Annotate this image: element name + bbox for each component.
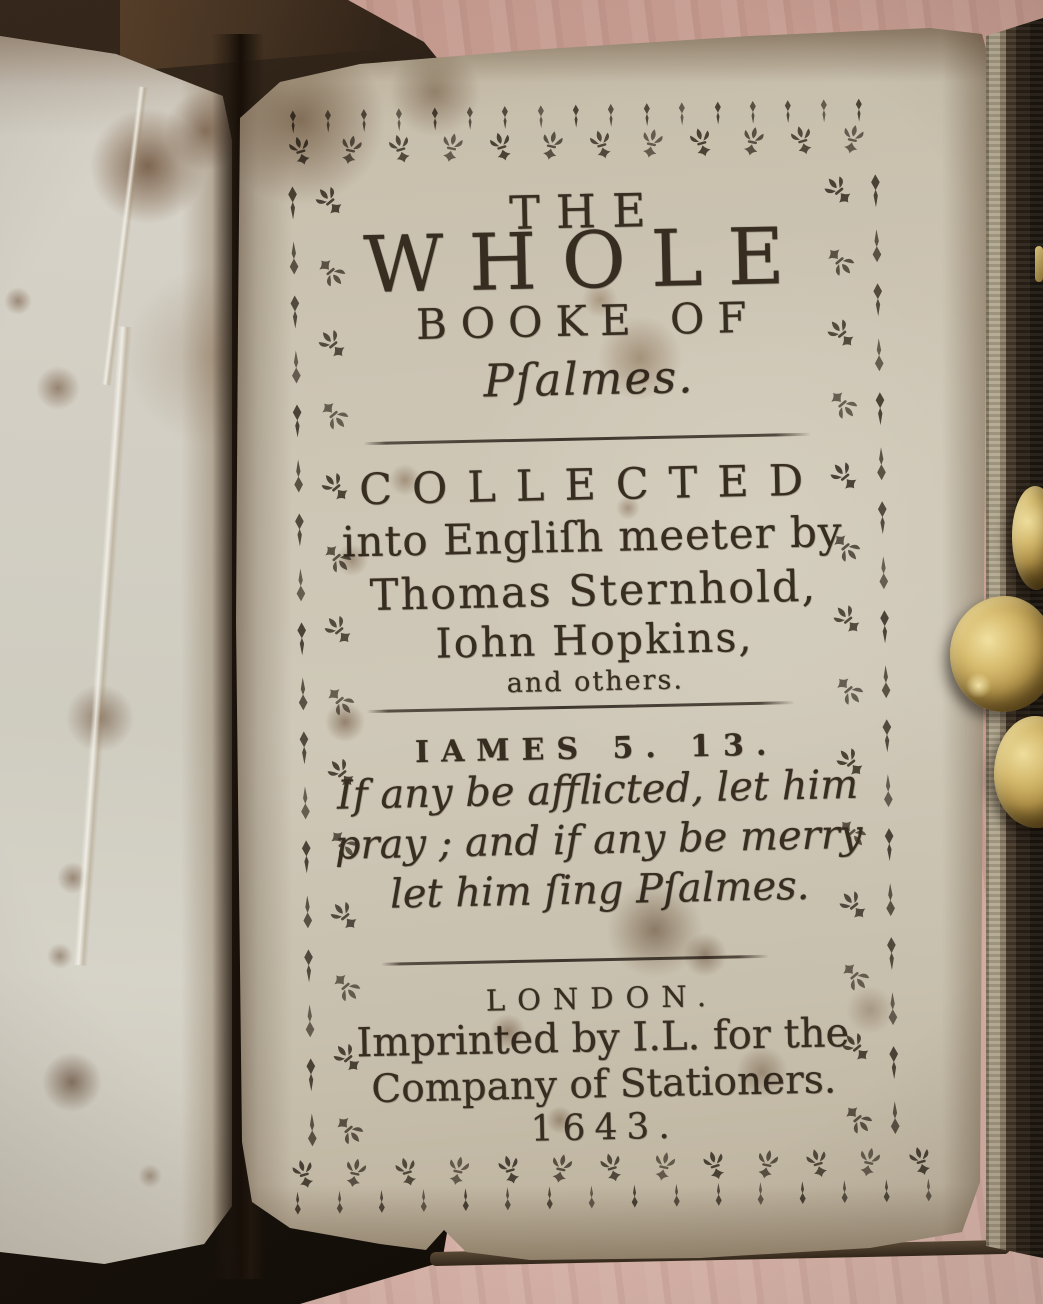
printers-rule-middle	[367, 701, 795, 713]
diamond-spike-icon	[887, 1046, 901, 1079]
imprint-line-printer: Imprinted by I.L. for the	[332, 1013, 873, 1064]
diamond-spike-icon	[642, 103, 651, 126]
ornament-column-spikes	[869, 174, 902, 1134]
diamond-spike-icon	[465, 107, 474, 130]
diamond-spike-icon	[629, 1184, 638, 1207]
diamond-spike-icon	[587, 1185, 596, 1208]
diamond-spike-icon	[303, 1004, 317, 1037]
fleur-de-lis-icon	[700, 1148, 730, 1182]
diamond-spike-icon	[430, 107, 439, 130]
diamond-spike-icon	[798, 1181, 807, 1204]
diamond-spike-icon	[756, 1182, 765, 1205]
diamond-spike-icon	[869, 174, 883, 207]
diamond-spike-icon	[296, 677, 310, 710]
diamond-spike-icon	[300, 840, 314, 873]
collected-line-hopkins: Iohn Hopkins,	[324, 615, 865, 667]
title-word-whole: WHOLE	[316, 217, 858, 306]
epigraph-line-1: If any be afflicted, let him	[327, 765, 868, 816]
fleur-de-lis-icon	[392, 1155, 422, 1189]
diamond-spike-icon	[885, 937, 899, 970]
ornament-column-spikes	[286, 186, 319, 1146]
fleur-de-lis-icon	[537, 129, 565, 162]
diamond-spike-icon	[677, 102, 686, 125]
epigraph-line-3: let him ſing Pſalmes.	[329, 865, 870, 916]
collected-heading: COLLECTED	[321, 459, 862, 513]
diamond-spike-icon	[286, 186, 300, 219]
diamond-spike-icon	[298, 786, 312, 819]
fleur-de-lis-icon	[787, 123, 817, 157]
diamond-spike-icon	[288, 295, 302, 328]
fleur-de-lis-icon	[286, 134, 316, 168]
fleur-de-lis-icon	[337, 133, 365, 166]
diamond-spike-icon	[878, 610, 892, 643]
diamond-spike-icon	[297, 731, 311, 764]
diamond-spike-icon	[882, 1179, 891, 1202]
epigraph-line-2: pray ; and if any be merry	[328, 815, 869, 866]
diamond-spike-icon	[461, 1188, 470, 1211]
fleur-de-lis-icon	[855, 1146, 883, 1179]
diamond-spike-icon	[879, 665, 893, 698]
diamond-spike-icon	[305, 1113, 319, 1146]
fleur-de-lis-icon	[906, 1144, 936, 1178]
inside-cover-endpaper	[0, 26, 232, 1288]
fleur-de-lis-icon	[547, 1152, 575, 1185]
fleur-de-lis-icon	[444, 1154, 472, 1187]
diamond-spike-icon	[571, 104, 580, 127]
diamond-spike-icon	[293, 1192, 302, 1215]
diamond-spike-icon	[607, 104, 616, 127]
printers-rule-top	[363, 433, 811, 445]
diamond-spike-icon	[503, 1187, 512, 1210]
fleur-de-lis-icon	[486, 130, 516, 164]
diamond-spike-icon	[713, 102, 722, 125]
diamond-spike-icon	[882, 828, 896, 861]
collected-line-sternhold: Thomas Sternhold,	[323, 565, 864, 619]
title-page: THE WHOLE BOOKE OF Pſalmes. COLLECTED in…	[230, 22, 988, 1260]
printers-rule-bottom	[381, 955, 769, 966]
fleur-de-lis-icon	[803, 1146, 833, 1180]
fleur-de-lis-icon	[597, 1150, 627, 1184]
diamond-spike-icon	[359, 109, 368, 132]
diamond-spike-icon	[819, 99, 828, 122]
diamond-spike-icon	[783, 100, 792, 123]
diamond-spike-icon	[293, 513, 307, 546]
photo-of-open-antique-book: THE WHOLE BOOKE OF Pſalmes. COLLECTED in…	[0, 0, 1043, 1304]
diamond-spike-icon	[877, 556, 891, 589]
diamond-spike-icon	[304, 1058, 318, 1091]
diamond-spike-icon	[295, 622, 309, 655]
diamond-spike-icon	[874, 447, 888, 480]
fleur-de-lis-icon	[738, 125, 766, 158]
fleur-de-lis-icon	[289, 1157, 319, 1191]
diamond-spike-icon	[886, 992, 900, 1025]
fleur-de-lis-icon	[495, 1153, 525, 1187]
diamond-spike-icon	[302, 949, 316, 982]
diamond-spike-icon	[872, 338, 886, 371]
diamond-spike-icon	[713, 1183, 722, 1206]
fleur-de-lis-icon	[650, 1150, 678, 1183]
diamond-spike-icon	[880, 719, 894, 752]
collected-line-meeter: into Engliſh meeter by	[322, 511, 863, 564]
title-word-psalmes: Pſalmes.	[319, 351, 860, 407]
diamond-spike-icon	[840, 1180, 849, 1203]
diamond-spike-icon	[536, 105, 545, 128]
imprint-year: 1643.	[334, 1105, 875, 1152]
diamond-spike-icon	[881, 774, 895, 807]
fleur-de-lis-icon	[386, 132, 416, 166]
diamond-spike-icon	[292, 459, 306, 492]
collected-line-others: and others.	[325, 663, 865, 701]
diamond-spike-icon	[290, 404, 304, 437]
diamond-spike-icon	[419, 1189, 428, 1212]
diamond-spike-icon	[748, 101, 757, 124]
diamond-spike-icon	[294, 568, 308, 601]
imprint-line-company: Company of Stationers.	[333, 1060, 874, 1110]
diamond-spike-icon	[876, 501, 890, 534]
diamond-spike-icon	[287, 241, 301, 274]
diamond-spike-icon	[888, 1101, 902, 1134]
title-page-content: THE WHOLE BOOKE OF Pſalmes. COLLECTED in…	[217, 14, 1001, 1268]
diamond-spike-icon	[288, 110, 297, 133]
diamond-spike-icon	[301, 895, 315, 928]
diamond-spike-icon	[924, 1178, 933, 1201]
fleur-de-lis-icon	[437, 131, 465, 164]
fleur-de-lis-icon	[587, 127, 617, 161]
fleur-de-lis-icon	[341, 1156, 369, 1189]
diamond-spike-icon	[854, 99, 863, 122]
ornament-border-bottom	[292, 1143, 933, 1214]
fleur-de-lis-icon	[638, 127, 666, 160]
ornament-border-top	[288, 99, 864, 166]
diamond-spike-icon	[324, 110, 333, 133]
diamond-spike-icon	[289, 350, 303, 383]
diamond-spike-icon	[394, 108, 403, 131]
fleur-de-lis-icon	[687, 125, 717, 159]
brass-clasp-glint	[1035, 246, 1043, 282]
fleur-de-lis-icon	[838, 123, 866, 156]
diamond-spike-icon	[545, 1186, 554, 1209]
fleur-de-lis-icon	[752, 1148, 780, 1181]
diamond-spike-icon	[871, 283, 885, 316]
diamond-spike-icon	[884, 883, 898, 916]
diamond-spike-icon	[873, 392, 887, 425]
endpaper-crease	[74, 326, 133, 965]
diamond-spike-icon	[377, 1190, 386, 1213]
diamond-spike-icon	[501, 106, 510, 129]
diamond-spike-icon	[671, 1184, 680, 1207]
diamond-spike-icon	[870, 229, 884, 262]
diamond-spike-icon	[335, 1191, 344, 1214]
